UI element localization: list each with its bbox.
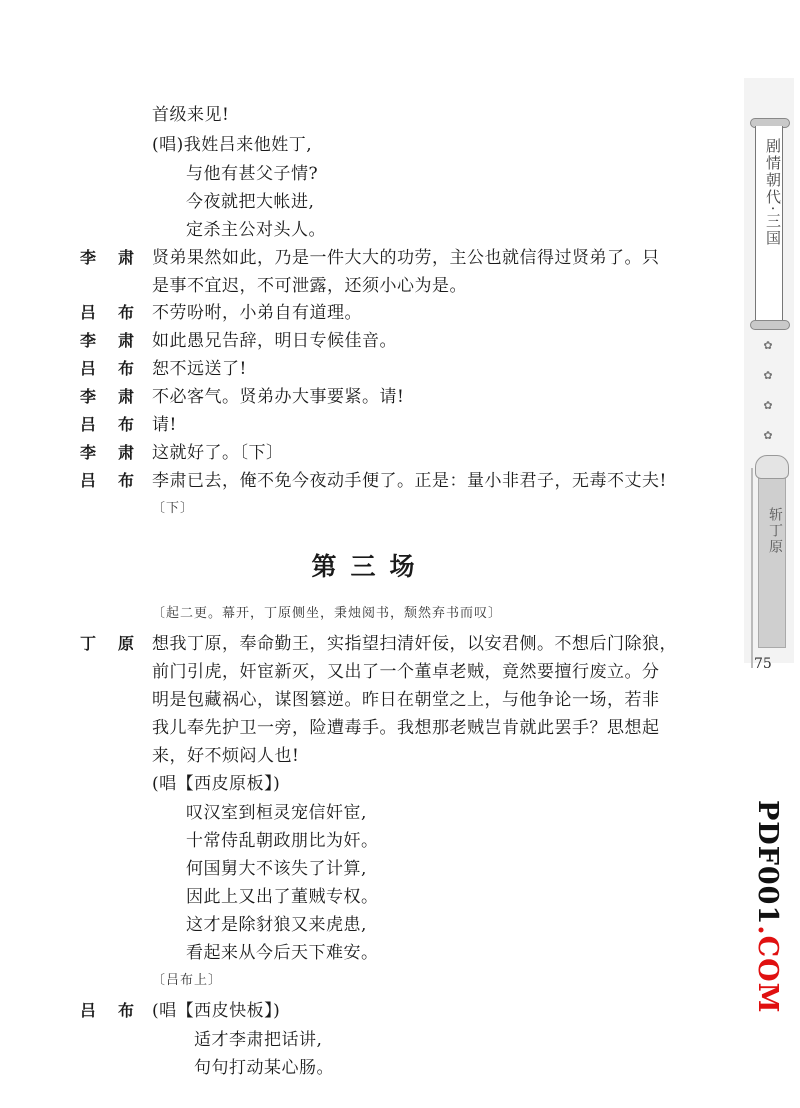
- verse-line: 这才是除豺狼又来虎患,: [186, 914, 367, 936]
- dialogue-line: 来，好不烦闷人也!: [152, 745, 299, 767]
- heart-ornament-icon: [755, 455, 789, 479]
- watermark-part1: PDF001: [752, 800, 783, 925]
- dialogue-line: 恕不远送了!: [152, 358, 247, 380]
- verse-line: (唱)我姓吕来他姓丁,: [152, 134, 312, 156]
- dialogue-line: 贤弟果然如此，乃是一件大大的功劳，主公也就信得过贤弟了。只: [152, 247, 660, 269]
- book-page: 首级来见! (唱)我姓吕来他姓丁, 与他有甚父子情? 今夜就把大帐进, 定杀主公…: [0, 0, 800, 1108]
- verse-line: 今夜就把大帐进,: [186, 191, 314, 213]
- chapter-tab: 斩丁原: [758, 466, 786, 648]
- scroll-body: 剧情朝代·三国: [755, 126, 783, 320]
- aria-marker: (唱【西皮原板】): [152, 773, 280, 795]
- watermark: PDF001.COM: [752, 800, 783, 1014]
- dialogue-line: 不必客气。贤弟办大事要紧。请!: [152, 386, 404, 408]
- margin-rule: [751, 468, 753, 668]
- ornament-icon: ✿: [761, 400, 775, 412]
- page-number: 75: [754, 656, 772, 672]
- ornament-icon: ✿: [761, 430, 775, 442]
- scene-title: 第三场: [0, 547, 740, 583]
- stage-direction: 〔吕布上〕: [152, 970, 222, 992]
- verse-line: 看起来从今后天下难安。: [186, 942, 379, 964]
- watermark-part2: .COM: [752, 925, 783, 1013]
- verse-line: 句句打动某心肠。: [194, 1057, 334, 1079]
- verse-line: 首级来见!: [152, 104, 229, 126]
- verse-line: 定杀主公对头人。: [186, 219, 326, 241]
- stage-direction: 〔起二更。幕开，丁原侧坐，秉烛阅书，颓然弃书而叹〕: [152, 603, 502, 625]
- dialogue-line: 明是包藏祸心，谋图篡逆。昨日在朝堂之上，与他争论一场，若非: [152, 689, 660, 711]
- verse-line: 十常侍乱朝政朋比为奸。: [186, 830, 379, 852]
- dialogue-line: 是事不宜迟，不可泄露，还须小心为是。: [152, 275, 467, 297]
- series-scroll: 剧情朝代·三国: [750, 118, 788, 330]
- dialogue-line: 不劳吩咐，小弟自有道理。: [152, 302, 362, 324]
- dialogue-line: 李肃已去，俺不免今夜动手便了。正是：量小非君子，无毒不丈夫!: [152, 470, 667, 492]
- dialogue-line: 这就好了。〔下〕: [152, 442, 284, 464]
- chapter-tab-label: 斩丁原: [759, 507, 785, 555]
- ornament-icon: ✿: [761, 340, 775, 352]
- scroll-bottom-cap: [750, 320, 790, 330]
- dialogue-line: 如此愚兄告辞，明日专候佳音。: [152, 330, 397, 352]
- ornament-icon: ✿: [761, 370, 775, 382]
- series-title: 剧情朝代·三国: [756, 138, 782, 247]
- dialogue-line: 我儿奉先护卫一旁，险遭毒手。我想那老贼岂肯就此罢手？思想起: [152, 717, 660, 739]
- verse-line: 何国舅大不该失了计算,: [186, 858, 367, 880]
- dialogue-line: 前门引虎，奸宦新灭，又出了一个董卓老贼，竟然要擅行废立。分: [152, 661, 660, 683]
- dialogue-line: 想我丁原，奉命勤王，实指望扫清奸佞，以安君侧。不想后门除狼，: [152, 633, 677, 655]
- verse-line: 适才李肃把话讲,: [194, 1029, 322, 1051]
- verse-line: 因此上又出了董贼专权。: [186, 886, 379, 908]
- verse-line: 叹汉室到桓灵宠信奸宦,: [186, 802, 367, 824]
- stage-direction: 〔下〕: [152, 498, 194, 520]
- aria-marker: (唱【西皮快板】): [152, 1000, 280, 1022]
- verse-line: 与他有甚父子情?: [186, 163, 318, 185]
- dialogue-line: 请!: [152, 414, 177, 436]
